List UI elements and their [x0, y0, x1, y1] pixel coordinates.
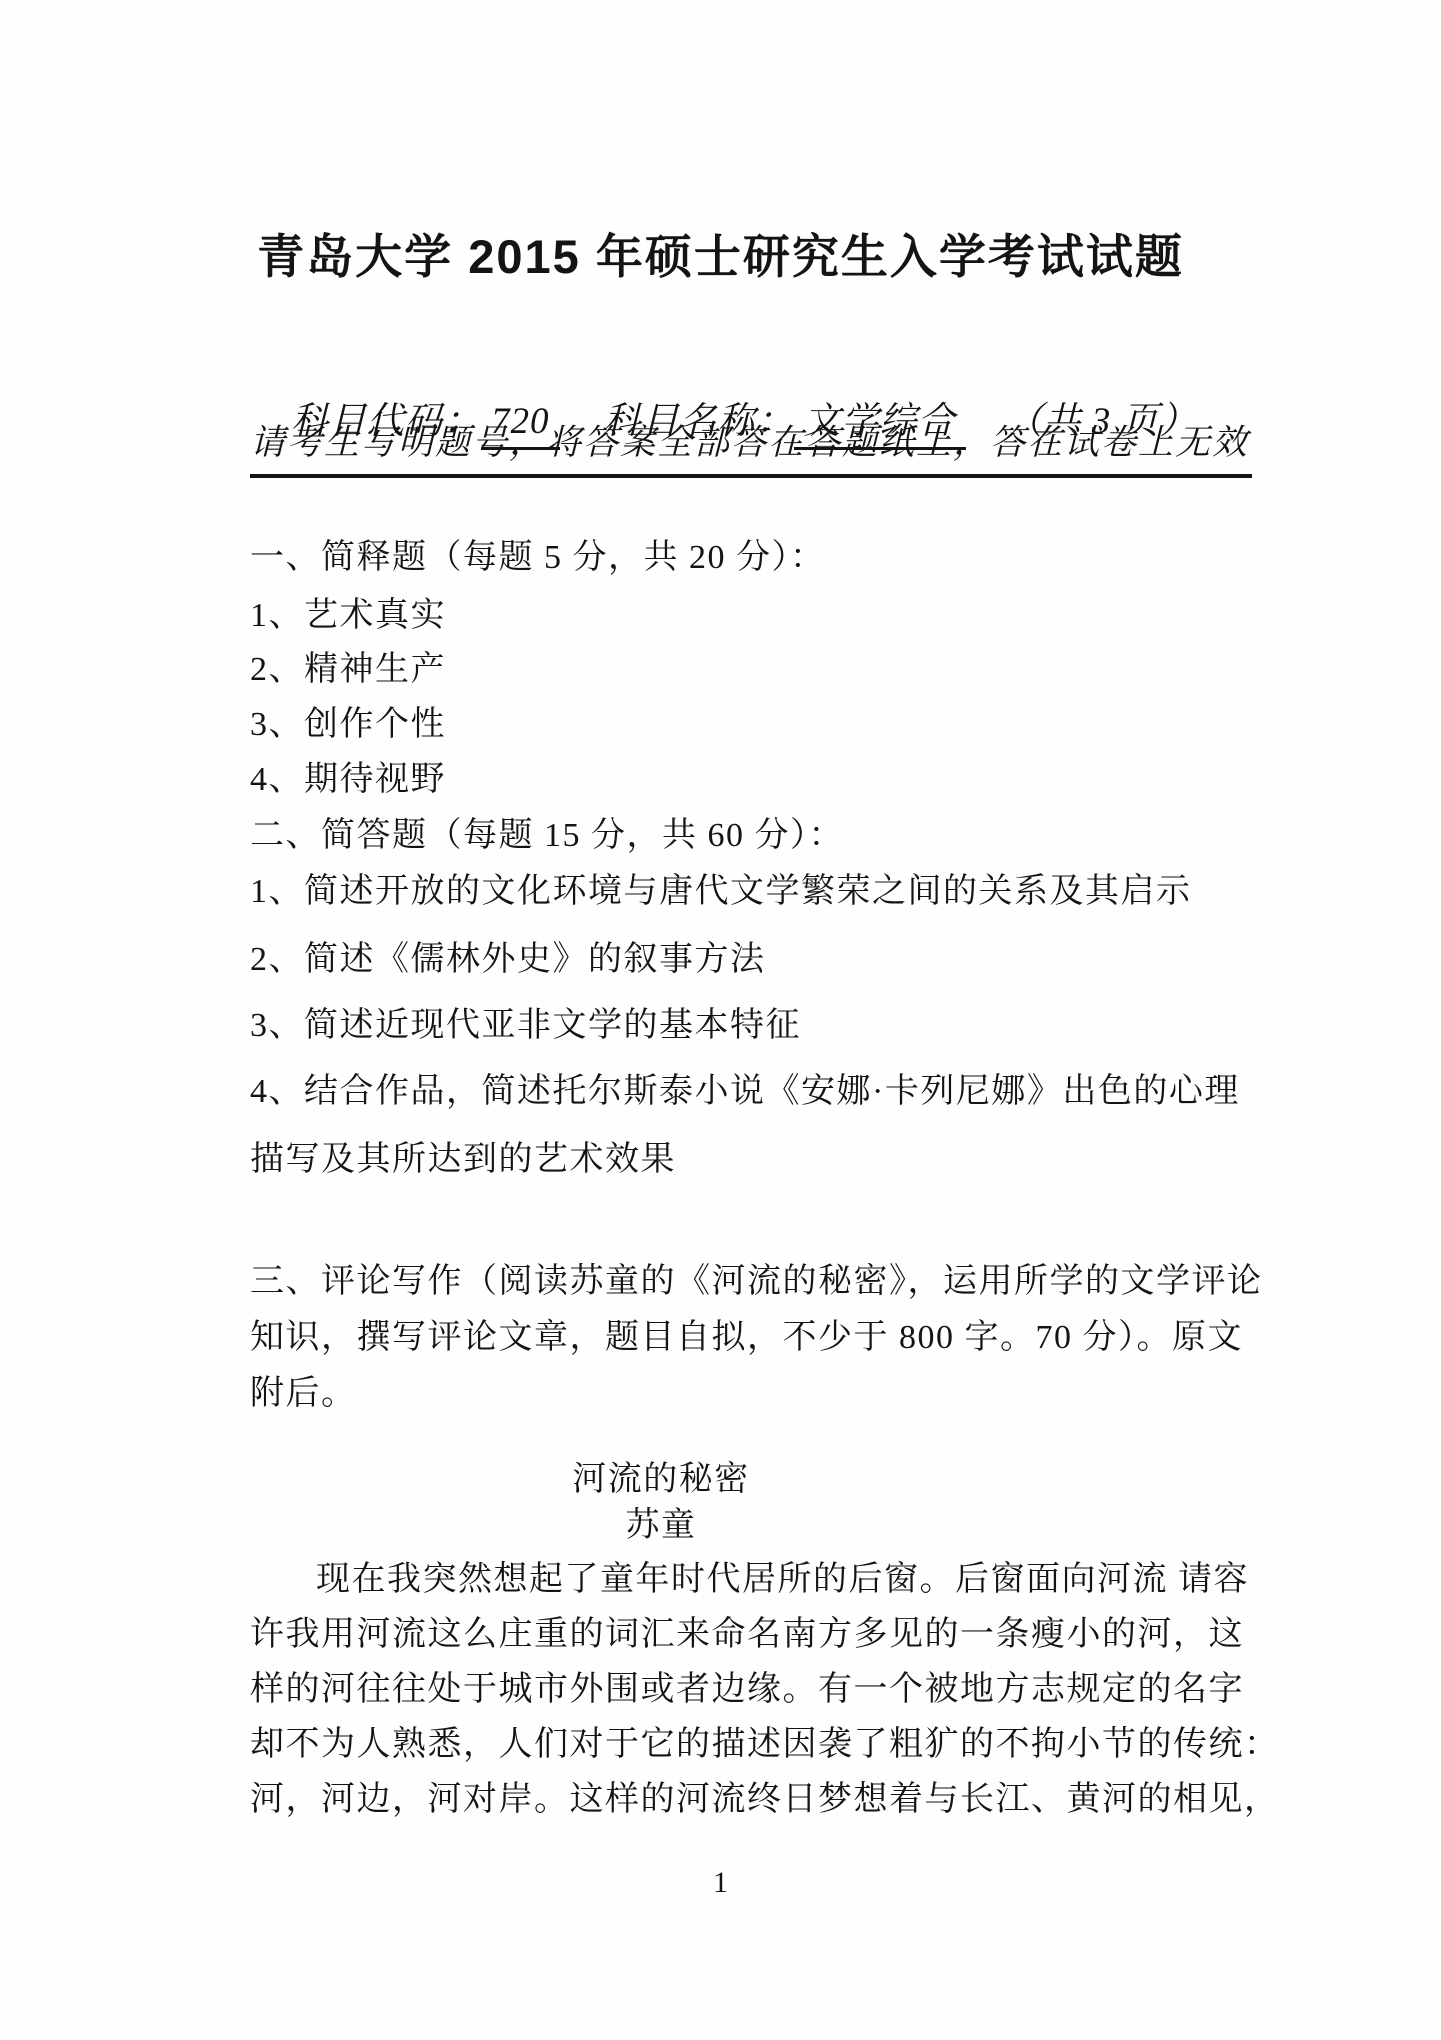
exam-title: 青岛大学 2015 年硕士研究生入学考试试题: [0, 220, 1441, 287]
section1-item-3: 3、创作个性: [250, 705, 446, 746]
section2-item-1: 1、简述开放的文化环境与唐代文学繁荣之间的关系及其启示: [250, 872, 1192, 913]
section3-heading-line3: 附后。: [250, 1374, 357, 1415]
section3-heading-line1: 三、评论写作（阅读苏童的《河流的秘密》，运用所学的文学评论: [250, 1262, 1263, 1303]
essay-title: 河流的秘密: [250, 1460, 1072, 1501]
essay-body-line-4: 却不为人熟悉，人们对于它的描述因袭了粗犷的不拘小节的传统：: [250, 1725, 1280, 1766]
essay-body-line-1: 现在我突然想起了童年时代居所的后窗。后窗面向河流 请容: [250, 1560, 1249, 1601]
section2-item-3: 3、简述近现代亚非文学的基本特征: [250, 1006, 801, 1047]
essay-body-line-3: 样的河往往处于城市外围或者边缘。有一个被地方志规定的名字: [250, 1670, 1244, 1711]
section2-item-4-line1: 4、结合作品，简述托尔斯泰小说《安娜·卡列尼娜》出色的心理: [250, 1072, 1240, 1113]
essay-author: 苏童: [250, 1506, 1072, 1547]
section2-heading: 二、简答题（每题 15 分，共 60 分）：: [250, 816, 844, 857]
exam-instruction: 请考生写明题号，将答案全部答在答题纸上，答在试卷上无效: [250, 422, 1252, 478]
section1-item-4: 4、期待视野: [250, 760, 446, 801]
essay-body-line-2: 许我用河流这么庄重的词汇来命名南方多见的一条瘦小的河，这: [250, 1615, 1244, 1656]
section3-heading-line2: 知识，撰写评论文章，题目自拟，不少于 800 字。70 分）。原文: [250, 1318, 1243, 1359]
section1-item-1: 1、艺术真实: [250, 596, 446, 637]
page-number: 1: [0, 1866, 1441, 1900]
section2-item-2: 2、简述《儒林外史》的叙事方法: [250, 940, 766, 981]
section1-heading: 一、简释题（每题 5 分，共 20 分）：: [250, 538, 826, 579]
section2-item-4-line2: 描写及其所达到的艺术效果: [250, 1140, 676, 1181]
section1-item-2: 2、精神生产: [250, 650, 446, 691]
exam-paper-page: 青岛大学 2015 年硕士研究生入学考试试题 科目代码：720科目名称：文学综合…: [0, 0, 1441, 2040]
essay-body-line-5: 河，河边，河对岸。这样的河流终日梦想着与长江、黄河的相见，: [250, 1780, 1280, 1821]
